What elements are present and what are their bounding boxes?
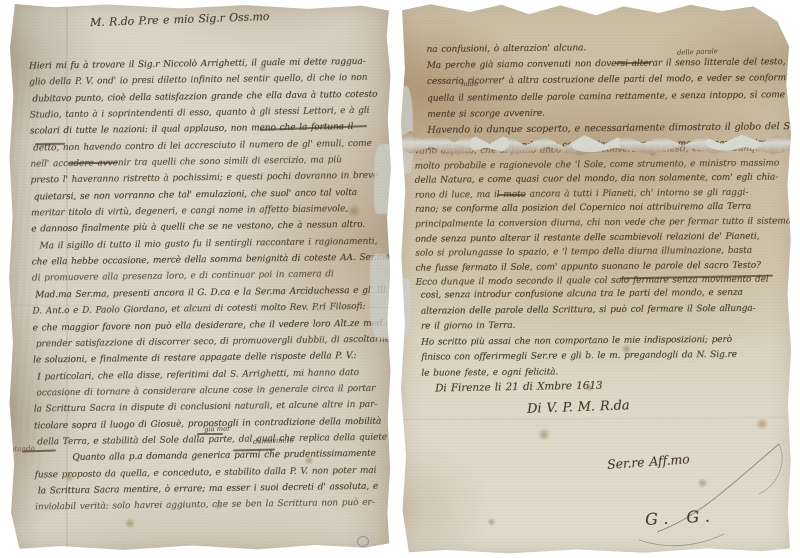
stain-spot (346, 204, 362, 218)
stain-spot (585, 384, 594, 392)
letter-body-page2-mid: vario aspetto, che si fanno anco le altr… (414, 141, 787, 290)
letter-body-page1: Hieri mi fu à trovare il Sig.r Niccolò A… (29, 54, 389, 517)
stain-spot (258, 64, 267, 72)
fold-crease (66, 4, 68, 551)
stain-spot (537, 428, 551, 441)
letter-page-1: M. R.do P.re e mio Sig.r Oss.mo Hieri mi… (8, 4, 392, 551)
salutation-line: M. R.do P.re e mio Sig.r Oss.mo (90, 10, 270, 29)
dateline: Di Firenze li 21 di Xmbre 1613 (435, 380, 603, 395)
manuscript-line: finisco con offerirmegli Ser.re e gli b.… (421, 348, 787, 367)
strikethrough-mark (197, 433, 223, 435)
strikethrough-mark (497, 194, 525, 196)
manuscript-line: le buone feste, e ogni felicità. (421, 363, 787, 382)
letter-closing: così, senza introdur confusione alcuna t… (421, 285, 788, 382)
stain-spot (124, 518, 136, 529)
repair-patch (374, 144, 392, 214)
pen-flourish (629, 422, 793, 555)
letter-page-2: na confusioni, ò alterazion' alcuna.Ma p… (399, 2, 793, 555)
interlinear-insertion: delle parole (677, 47, 718, 56)
interlinear-insertion: di movim.to (253, 436, 294, 445)
interlinear-insertion: nudo (461, 80, 478, 89)
valediction: Di V. P. M. R.da (527, 398, 630, 417)
repair-patch (399, 86, 413, 174)
stain-spot (621, 344, 632, 354)
stain-spot (214, 502, 223, 510)
letter-body-page2-top: na confusioni, ò alterazion' alcuna.Ma p… (426, 38, 787, 155)
collection-stamp (357, 536, 369, 547)
stain-spot (304, 456, 314, 465)
stain-spot (487, 518, 496, 526)
fold-crease (399, 417, 793, 420)
repair-patch (399, 278, 411, 338)
repair-patch (370, 254, 392, 339)
manuscript-scan: M. R.do P.re e mio Sig.r Oss.mo Hieri mi… (0, 0, 800, 558)
stain-spot (64, 472, 75, 482)
